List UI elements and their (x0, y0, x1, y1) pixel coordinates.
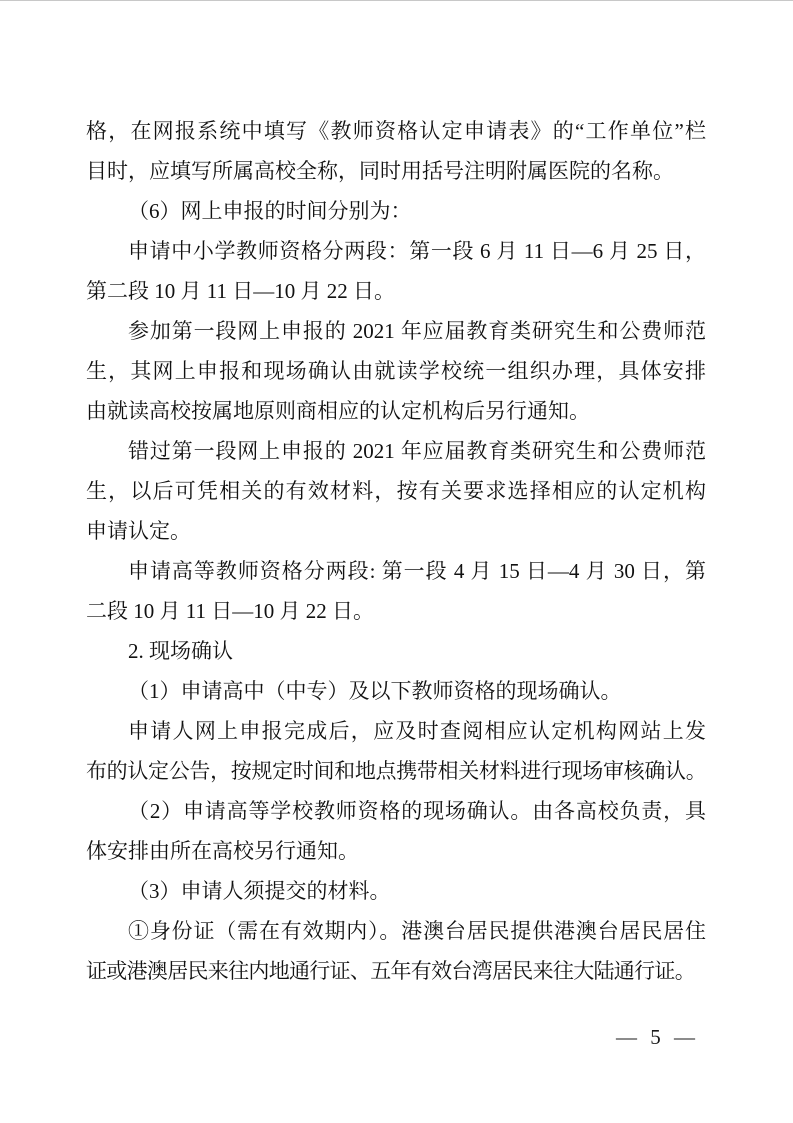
text-line: 体安排由所在高校另行通知。 (86, 831, 706, 871)
text-line: 生，其网上申报和现场确认由就读学校统一组织办理，具体安排 (86, 351, 706, 391)
text-line: 由就读高校按属地原则商相应的认定机构后另行通知。 (86, 391, 706, 431)
text-line: 格，在网报系统中填写《教师资格认定申请表》的“工作单位”栏 (86, 111, 706, 151)
text-line: 错过第一段网上申报的 2021 年应届教育类研究生和公费师范 (86, 431, 706, 471)
text-line: 申请高等教师资格分两段: 第一段 4 月 15 日—4 月 30 日，第 (86, 551, 706, 591)
text-line: 2. 现场确认 (86, 631, 706, 671)
text-line: 申请人网上申报完成后，应及时查阅相应认定机构网站上发 (86, 711, 706, 751)
text-line: 申请中小学教师资格分两段：第一段 6 月 11 日—6 月 25 日， (86, 231, 706, 271)
text-line: 二段 10 月 11 日—10 月 22 日。 (86, 591, 706, 631)
text-line: ①身份证（需在有效期内）。港澳台居民提供港澳台居民居住 (86, 911, 706, 951)
text-line: 目时，应填写所属高校全称，同时用括号注明附属医院的名称。 (86, 151, 706, 191)
text-line: （6）网上申报的时间分别为： (86, 191, 706, 231)
text-line: 证或港澳居民来往内地通行证、五年有效台湾居民来往大陆通行证。 (86, 951, 706, 991)
page-number: — 5 — (616, 1025, 699, 1050)
text-line: （1）申请高中（中专）及以下教师资格的现场确认。 (86, 671, 706, 711)
text-line: （3）申请人须提交的材料。 (86, 871, 706, 911)
text-line: 布的认定公告，按规定时间和地点携带相关材料进行现场审核确认。 (86, 751, 706, 791)
text-line: 申请认定。 (86, 511, 706, 551)
text-line: （2）申请高等学校教师资格的现场确认。由各高校负责，具 (86, 791, 706, 831)
text-line: 第二段 10 月 11 日—10 月 22 日。 (86, 271, 706, 311)
document-body: 格，在网报系统中填写《教师资格认定申请表》的“工作单位”栏 目时，应填写所属高校… (86, 111, 706, 991)
document-page: 格，在网报系统中填写《教师资格认定申请表》的“工作单位”栏 目时，应填写所属高校… (0, 0, 793, 1123)
text-line: 参加第一段网上申报的 2021 年应届教育类研究生和公费师范 (86, 311, 706, 351)
text-line: 生，以后可凭相关的有效材料，按有关要求选择相应的认定机构 (86, 471, 706, 511)
